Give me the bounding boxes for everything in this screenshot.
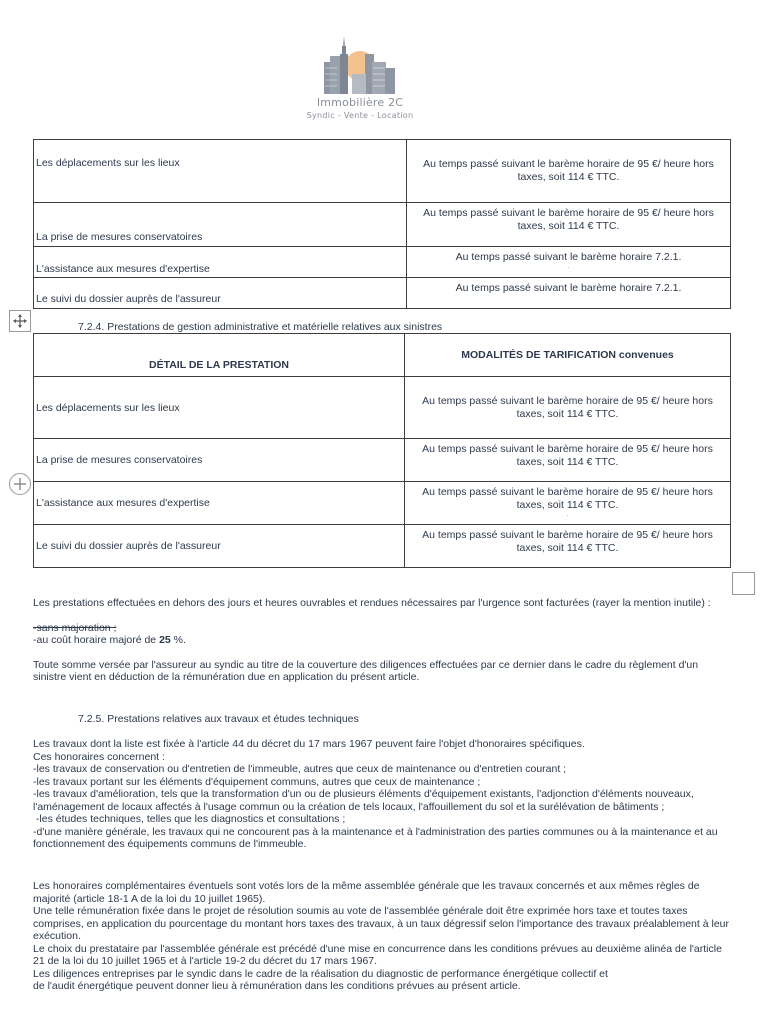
tarif-cell[interactable]: Au temps passé suivant le barème horaire… [407,140,731,203]
tarif-cell[interactable]: Au temps passé suivant le barème horaire… [407,278,731,309]
honoraires-paragraph: Les honoraires complémentaires éventuels… [33,880,733,993]
paragraph-mark: . [407,512,728,518]
table-move-handle[interactable] [9,310,31,332]
tarif-cell[interactable]: Au temps passé suivant le barème horaire… [405,377,731,439]
honoraires-line: de l'audit énergétique peuvent donner li… [33,980,733,993]
tarif-cell[interactable]: Au temps passé suivant le barème horaire… [405,525,731,568]
table-row: Les déplacements sur les lieux Au temps … [34,377,731,439]
header-detail-prestation: DÉTAIL DE LA PRESTATION [34,334,405,377]
table-row: L'assistance aux mesures d'expertise Au … [34,482,731,525]
table-row: Le suivi du dossier auprès de l'assureur… [34,525,731,568]
header-modalites: MODALITÉS DE TARIFICATION convenues [405,334,731,377]
travaux-line: -d'une manière générale, les travaux qui… [33,826,733,851]
prestation-cell[interactable]: Le suivi du dossier auprès de l'assureur [34,525,405,568]
prestation-cell[interactable]: Le suivi du dossier auprès de l'assureur [34,278,407,309]
table-row: La prise de mesures conservatoires Au te… [34,439,731,482]
honoraires-line: Les honoraires complémentaires éventuels… [33,880,733,905]
table-header-row: DÉTAIL DE LA PRESTATION MODALITÉS DE TAR… [34,334,731,377]
tarif-cell[interactable]: Au temps passé suivant le barème horaire… [405,482,731,525]
header-modalites-rest: convenues [616,349,674,361]
option-sans-majoration-struck: -sans majoration ; [33,622,733,635]
prestation-cell[interactable]: La prise de mesures conservatoires [34,439,405,482]
insert-row-button[interactable] [9,473,31,495]
travaux-line: -les études techniques, telles que les d… [33,813,733,826]
prestation-cell[interactable]: L'assistance aux mesures d'expertise [34,247,407,278]
section-title-725: 7.2.5. Prestations relatives aux travaux… [78,713,359,725]
travaux-list: Les travaux dont la liste est fixée à l'… [33,738,733,851]
table-row: L'assistance aux mesures d'expertise Au … [34,247,731,278]
prestation-cell[interactable]: La prise de mesures conservatoires [34,203,407,247]
paragraph-mark: . [409,264,728,270]
tarif-cell[interactable]: Au temps passé suivant le barème horaire… [407,247,731,278]
option-majoration: -au coût horaire majoré de 25 %. [33,634,733,647]
honoraires-line: Une telle rémunération fixée dans le pro… [33,905,733,943]
deduction-text: Toute somme versée par l'assureur au syn… [33,659,733,684]
logo-tagline: Syndic - Vente - Location [300,111,420,120]
option-majoration-suffix: %. [171,634,186,646]
tarif-text: Au temps passé suivant le barème horaire… [422,486,713,511]
travaux-line: Les travaux dont la liste est fixée à l'… [33,738,733,751]
prestation-cell[interactable]: Les déplacements sur les lieux [34,377,405,439]
travaux-line: Ces honoraires concernent : [33,751,733,764]
prestation-cell[interactable]: L'assistance aux mesures d'expertise [34,482,405,525]
majoration-percent: 25 [159,634,171,646]
urgence-intro: Les prestations effectuées en dehors des… [33,597,733,610]
table-row: Le suivi du dossier auprès de l'assureur… [34,278,731,309]
company-logo: Immobilière 2C Syndic - Vente - Location [300,34,420,130]
option-majoration-prefix: -au coût horaire majoré de [33,634,159,646]
tarif-text: Au temps passé suivant le barème horaire… [456,251,682,263]
logo-company-name: Immobilière 2C [300,96,420,109]
sinistres-table-continuation: Les déplacements sur les lieux Au temps … [33,139,731,309]
travaux-line: -les travaux portant sur les éléments d'… [33,776,733,789]
move-arrows-icon [13,314,27,328]
city-skyline-icon [310,34,410,96]
prestation-cell[interactable]: Les déplacements sur les lieux [34,140,407,203]
honoraires-line: Le choix du prestataire par l'assemblée … [33,943,733,968]
table-row: Les déplacements sur les lieux Au temps … [34,140,731,203]
urgence-paragraph: Les prestations effectuées en dehors des… [33,597,733,684]
sinistres-table: DÉTAIL DE LA PRESTATION MODALITÉS DE TAR… [33,333,731,568]
section-title-724: 7.2.4. Prestations de gestion administra… [78,321,442,333]
honoraires-line: Les diligences entreprises par le syndic… [33,968,733,981]
tarif-cell[interactable]: Au temps passé suivant le barème horaire… [405,439,731,482]
table-row: La prise de mesures conservatoires Au te… [34,203,731,247]
travaux-line: -les travaux d'amélioration, tels que la… [33,788,733,813]
header-modalites-bold: MODALITÉS DE TARIFICATION [461,349,616,361]
tarif-cell[interactable]: Au temps passé suivant le barème horaire… [407,203,731,247]
plus-circle-icon [14,478,26,490]
travaux-line: -les travaux de conservation ou d'entret… [33,763,733,776]
table-resize-handle[interactable] [732,572,755,595]
